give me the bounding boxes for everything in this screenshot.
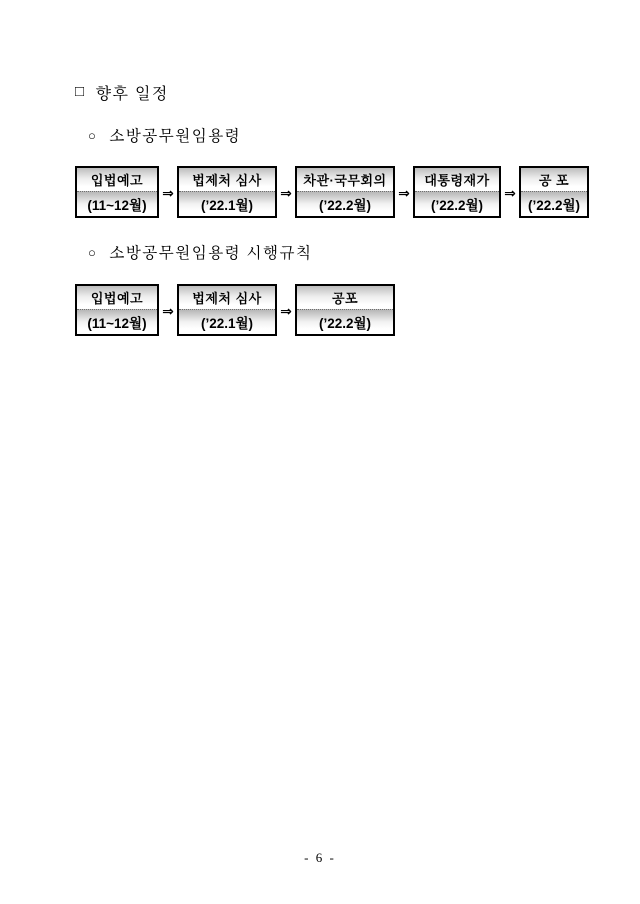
flow-step-date: (11~12월) <box>77 310 157 334</box>
arrow-right-icon: ⇒ <box>277 184 295 200</box>
flow-step-title: 법제처 심사 <box>179 168 275 192</box>
flow-step-legislative-notice: 입법예고 (11~12월) <box>75 284 159 336</box>
flowchart-appointment-decree: 입법예고 (11~12월) ⇒ 법제처 심사 (’22.1월) ⇒ 차관·국무회… <box>75 166 589 218</box>
flow-step-date: (’22.2월) <box>415 192 499 216</box>
flow-step-title: 공포 <box>297 286 393 310</box>
flow-step-date: (’22.2월) <box>297 310 393 334</box>
flow-step-title: 법제처 심사 <box>179 286 275 310</box>
document-page: □ 향후 일정 ○ 소방공무원임용령 입법예고 (11~12월) ⇒ 법제처 심… <box>0 0 640 904</box>
flow-step-title: 입법예고 <box>77 286 157 310</box>
arrow-right-icon: ⇒ <box>395 184 413 200</box>
flow-step-date: (’22.1월) <box>179 192 275 216</box>
circle-bullet-icon: ○ <box>88 246 97 259</box>
flowchart-enforcement-rules: 입법예고 (11~12월) ⇒ 법제처 심사 (’22.1월) ⇒ 공포 (’2… <box>75 284 395 336</box>
flow-step-cabinet-meeting: 차관·국무회의 (’22.2월) <box>295 166 395 218</box>
heading-enforcement-rules: ○ 소방공무원임용령 시행규칙 <box>88 241 312 263</box>
flow-step-promulgation: 공포 (’22.2월) <box>295 284 395 336</box>
heading-future-schedule: □ 향후 일정 <box>75 81 169 104</box>
flow-step-date: (’22.2월) <box>297 192 393 216</box>
flow-step-ministry-review: 법제처 심사 (’22.1월) <box>177 166 277 218</box>
arrow-right-icon: ⇒ <box>159 184 177 200</box>
square-bullet-icon: □ <box>75 85 86 100</box>
flow-step-title: 입법예고 <box>77 168 157 192</box>
arrow-right-icon: ⇒ <box>159 302 177 318</box>
flow-step-ministry-review: 법제처 심사 (’22.1월) <box>177 284 277 336</box>
heading-sub2-text: 소방공무원임용령 시행규칙 <box>109 241 312 263</box>
heading-main-text: 향후 일정 <box>96 81 169 104</box>
flow-step-legislative-notice: 입법예고 (11~12월) <box>75 166 159 218</box>
flow-step-title: 차관·국무회의 <box>297 168 393 192</box>
heading-sub1-text: 소방공무원임용령 <box>109 124 241 146</box>
arrow-right-icon: ⇒ <box>501 184 519 200</box>
arrow-right-icon: ⇒ <box>277 302 295 318</box>
flow-step-date: (’22.1월) <box>179 310 275 334</box>
flow-step-title: 공 포 <box>521 168 587 192</box>
flow-step-promulgation: 공 포 (’22.2월) <box>519 166 589 218</box>
heading-appointment-decree: ○ 소방공무원임용령 <box>88 124 241 146</box>
flow-step-presidential-approval: 대통령재가 (’22.2월) <box>413 166 501 218</box>
flow-step-date: (’22.2월) <box>521 192 587 216</box>
circle-bullet-icon: ○ <box>88 129 97 142</box>
flow-step-title: 대통령재가 <box>415 168 499 192</box>
page-number: - 6 - <box>0 850 640 866</box>
flow-step-date: (11~12월) <box>77 192 157 216</box>
